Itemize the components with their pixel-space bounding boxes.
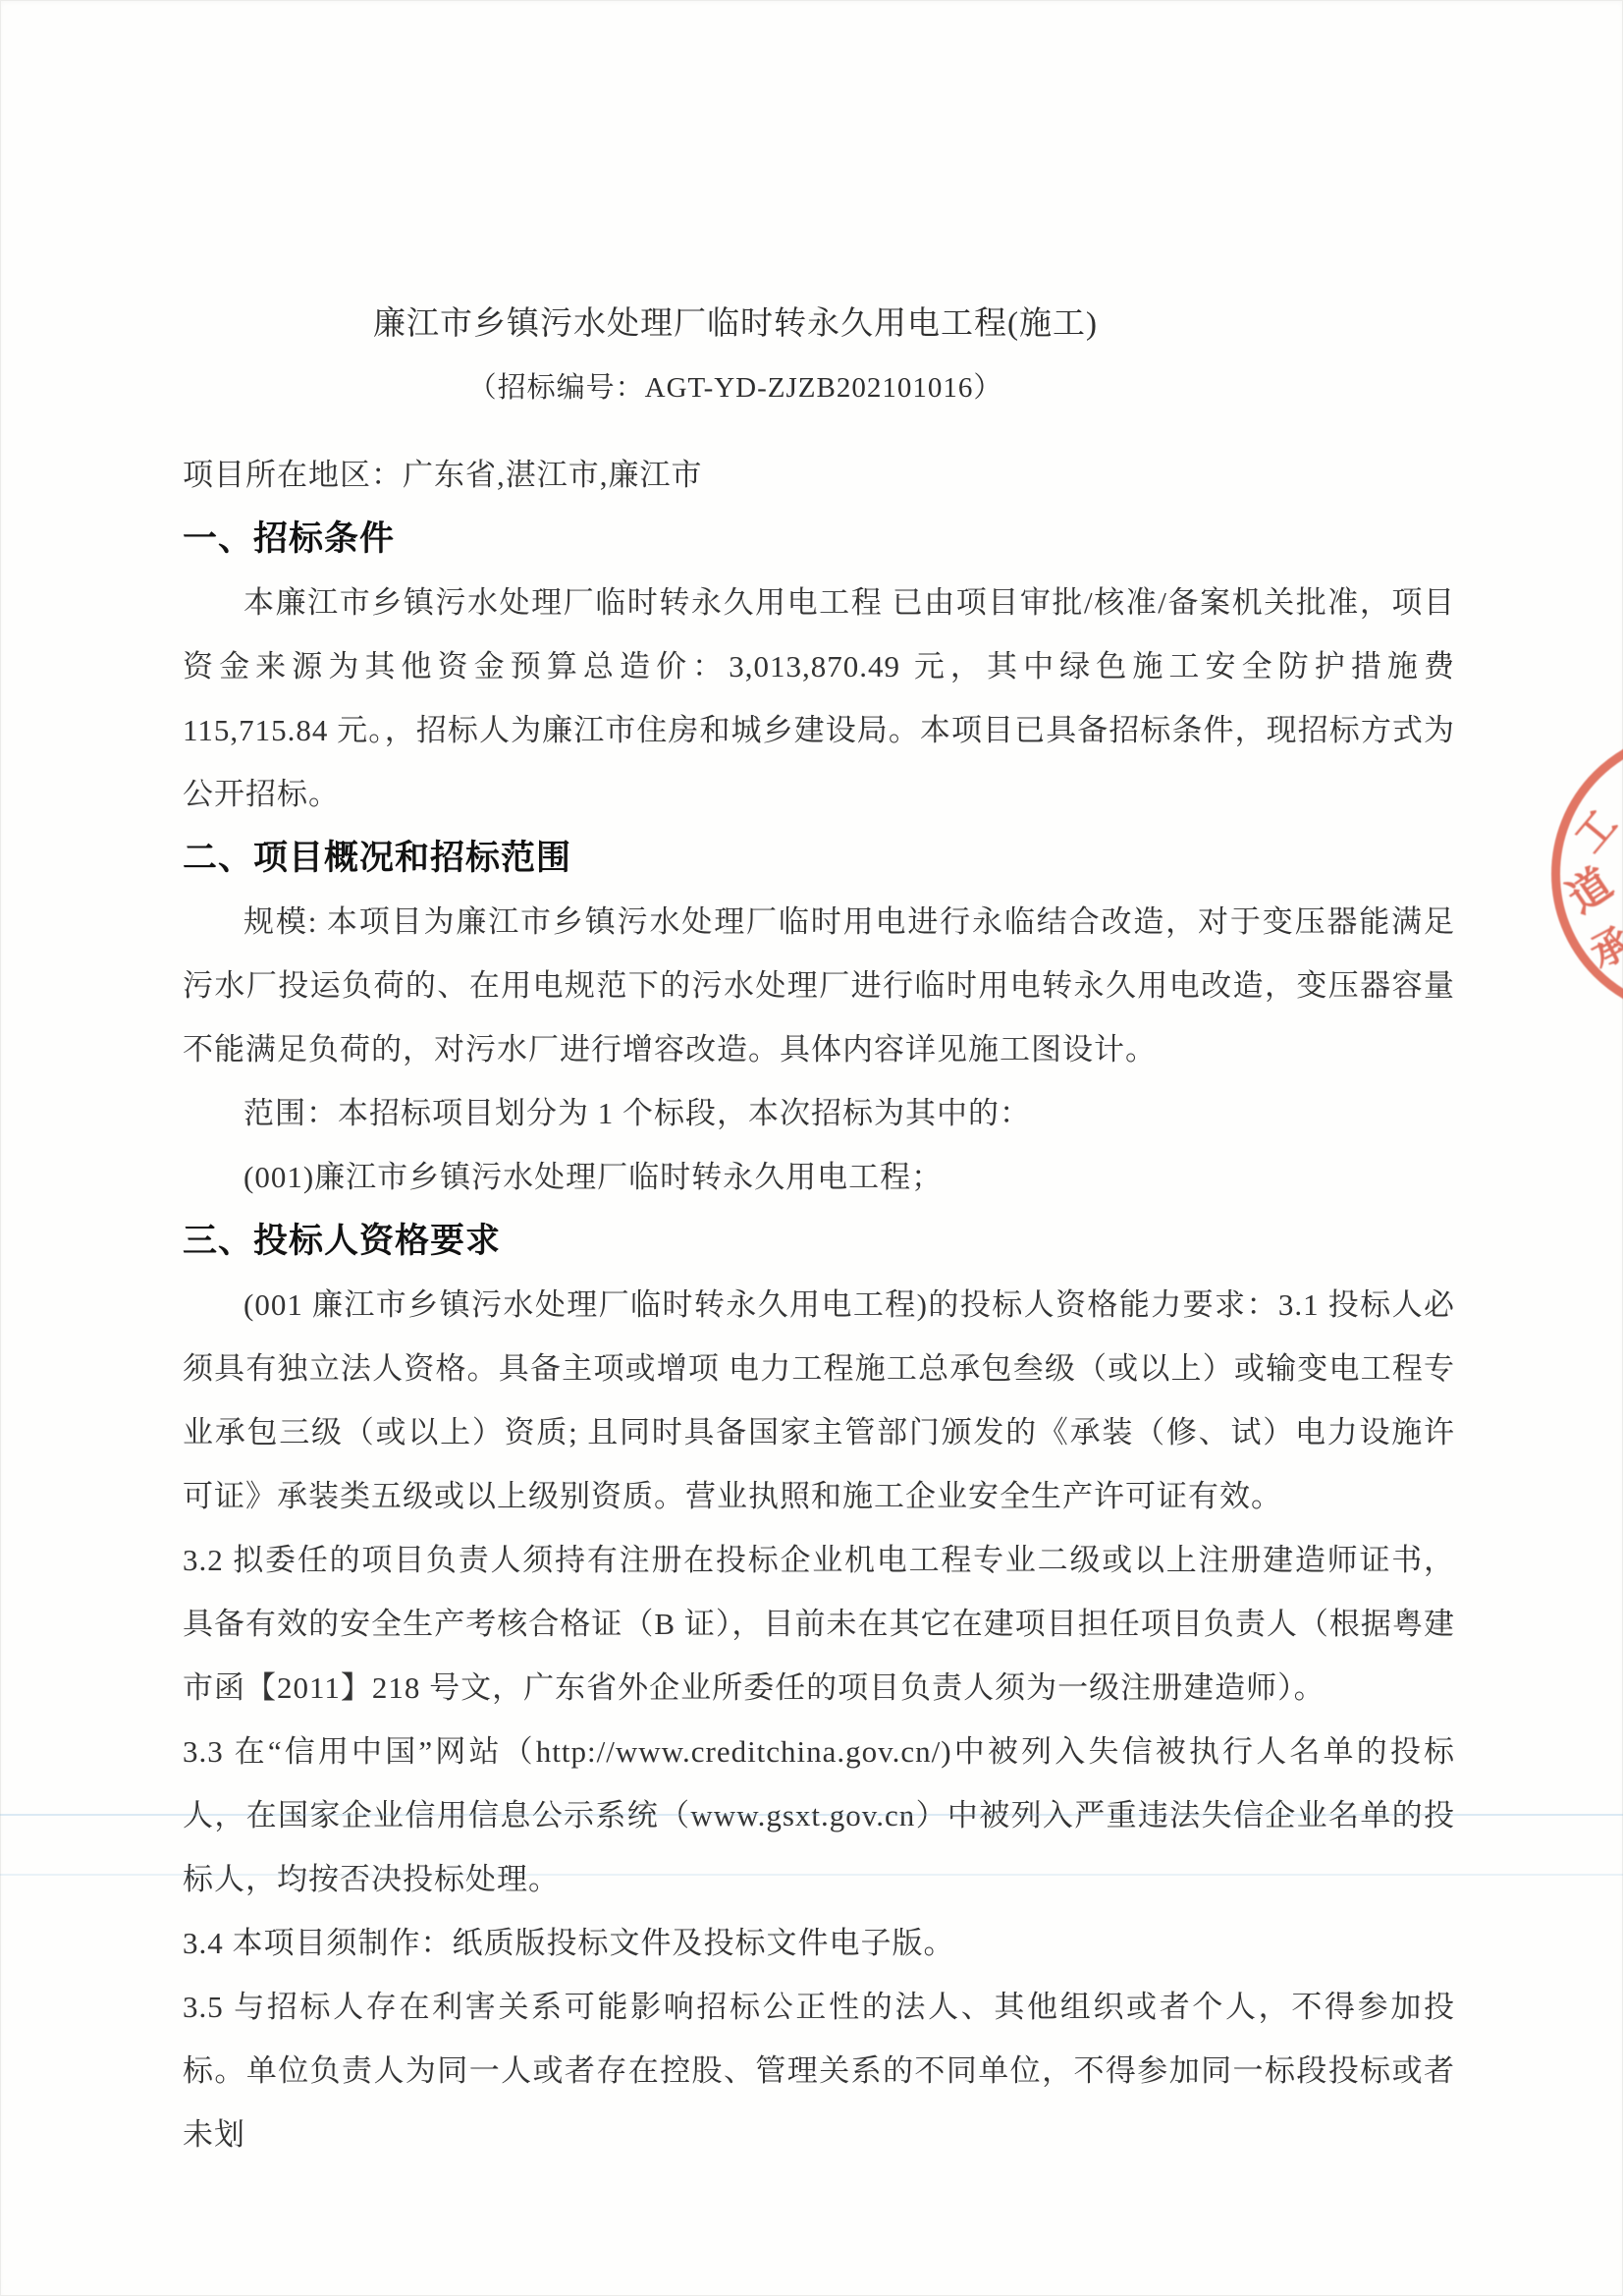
section-heading: 二、项目概况和招标范围 <box>183 826 1455 890</box>
seal-character: 道 <box>1554 851 1623 925</box>
document-content: 廉江市乡镇污水处理厂临时转永久用电工程(施工) （招标编号：AGT-YD-ZJZ… <box>183 293 1455 2166</box>
scan-artifact-line <box>0 1814 1623 1816</box>
document-sections: 一、招标条件本廉江市乡镇污水处理厂临时转永久用电工程 已由项目审批/核准/备案机… <box>183 507 1455 2166</box>
paragraph: 3.4 本项目须制作：纸质版投标文件及投标文件电子版。 <box>183 1911 1455 1975</box>
paragraph: (001)廉江市乡镇污水处理厂临时转永久用电工程； <box>183 1145 1455 1209</box>
project-location-line: 项目所在地区：广东省,湛江市,廉江市 <box>183 443 1455 507</box>
section-heading: 一、招标条件 <box>183 507 1455 571</box>
document-title: 廉江市乡镇污水处理厂临时转永久用电工程(施工) <box>183 293 1288 356</box>
scan-artifact-line <box>0 1874 1623 1876</box>
title-block: 廉江市乡镇污水处理厂临时转永久用电工程(施工) （招标编号：AGT-YD-ZJZ… <box>183 293 1288 420</box>
section-heading: 三、投标人资格要求 <box>183 1209 1455 1273</box>
paragraph: 本廉江市乡镇污水处理厂临时转永久用电工程 已由项目审批/核准/备案机关批准，项目… <box>183 571 1455 826</box>
paragraph: 范围：本招标项目划分为 1 个标段，本次招标为其中的： <box>183 1081 1455 1145</box>
paragraph: 3.5 与招标人存在利害关系可能影响招标公正性的法人、其他组织或者个人，不得参加… <box>183 1975 1455 2166</box>
paragraph: 3.2 拟委任的项目负责人须持有注册在投标企业机电工程专业二级或以上注册建造师证… <box>183 1528 1455 1720</box>
seal-character: 承 <box>1579 911 1623 979</box>
tender-number: （招标编号：AGT-YD-ZJZB202101016） <box>183 356 1288 420</box>
seal-character: 工 <box>1559 796 1623 862</box>
paragraph: (001 廉江市乡镇污水处理厂临时转永久用电工程)的投标人资格能力要求：3.1 … <box>183 1273 1455 1528</box>
paragraph: 规模: 本项目为廉江市乡镇污水处理厂临时用电进行永临结合改造，对于变压器能满足污… <box>183 890 1455 1081</box>
seal-ring <box>1551 730 1623 1018</box>
scanned-document-page: 廉江市乡镇污水处理厂临时转永久用电工程(施工) （招标编号：AGT-YD-ZJZ… <box>0 0 1623 2296</box>
